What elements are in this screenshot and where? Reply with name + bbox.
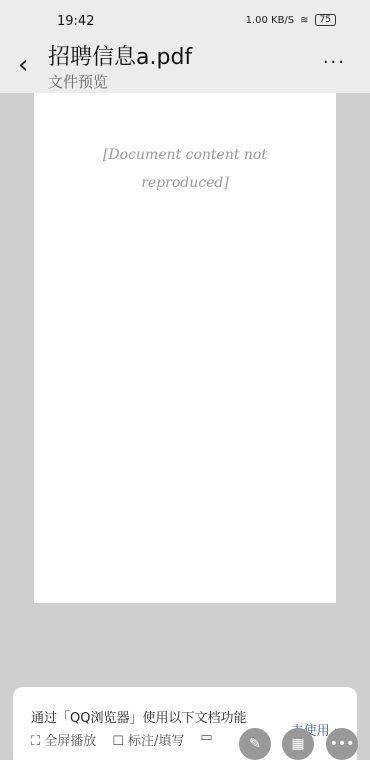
document-page: [Document content not reproduced] bbox=[34, 93, 336, 603]
battery-icon: 75 bbox=[315, 14, 336, 26]
back-icon[interactable]: ‹ bbox=[18, 50, 28, 80]
promo-text: 通过「QQ浏览器」使用以下文档功能 bbox=[31, 707, 246, 726]
top-bar: 19:42 1.00 KB/S ≋ 75 ‹ 招聘信息a.pdf 文件预览 ··… bbox=[0, 0, 370, 93]
net-speed: 1.00 KB/S bbox=[246, 15, 295, 26]
document-placeholder: [Document content not reproduced] bbox=[58, 141, 312, 197]
wifi-icon: ≋ bbox=[300, 15, 308, 26]
page-title: 招聘信息a.pdf bbox=[48, 40, 192, 71]
fullscreen-button[interactable]: ⛶ 全屏播放 bbox=[31, 730, 96, 749]
grid-icon[interactable]: ▦ bbox=[282, 728, 314, 760]
annotate-button[interactable]: ☐ 标注/填写 bbox=[112, 730, 184, 749]
pencil-icon[interactable]: ✎ bbox=[239, 728, 271, 760]
page-subtitle: 文件预览 bbox=[48, 71, 108, 92]
more-options-icon[interactable]: ••• bbox=[326, 728, 358, 760]
status-time: 19:42 bbox=[57, 14, 94, 29]
image-button[interactable]: ▭ bbox=[200, 730, 212, 749]
more-icon[interactable]: ··· bbox=[323, 52, 346, 73]
status-icons: 1.00 KB/S ≋ 75 bbox=[246, 14, 336, 26]
